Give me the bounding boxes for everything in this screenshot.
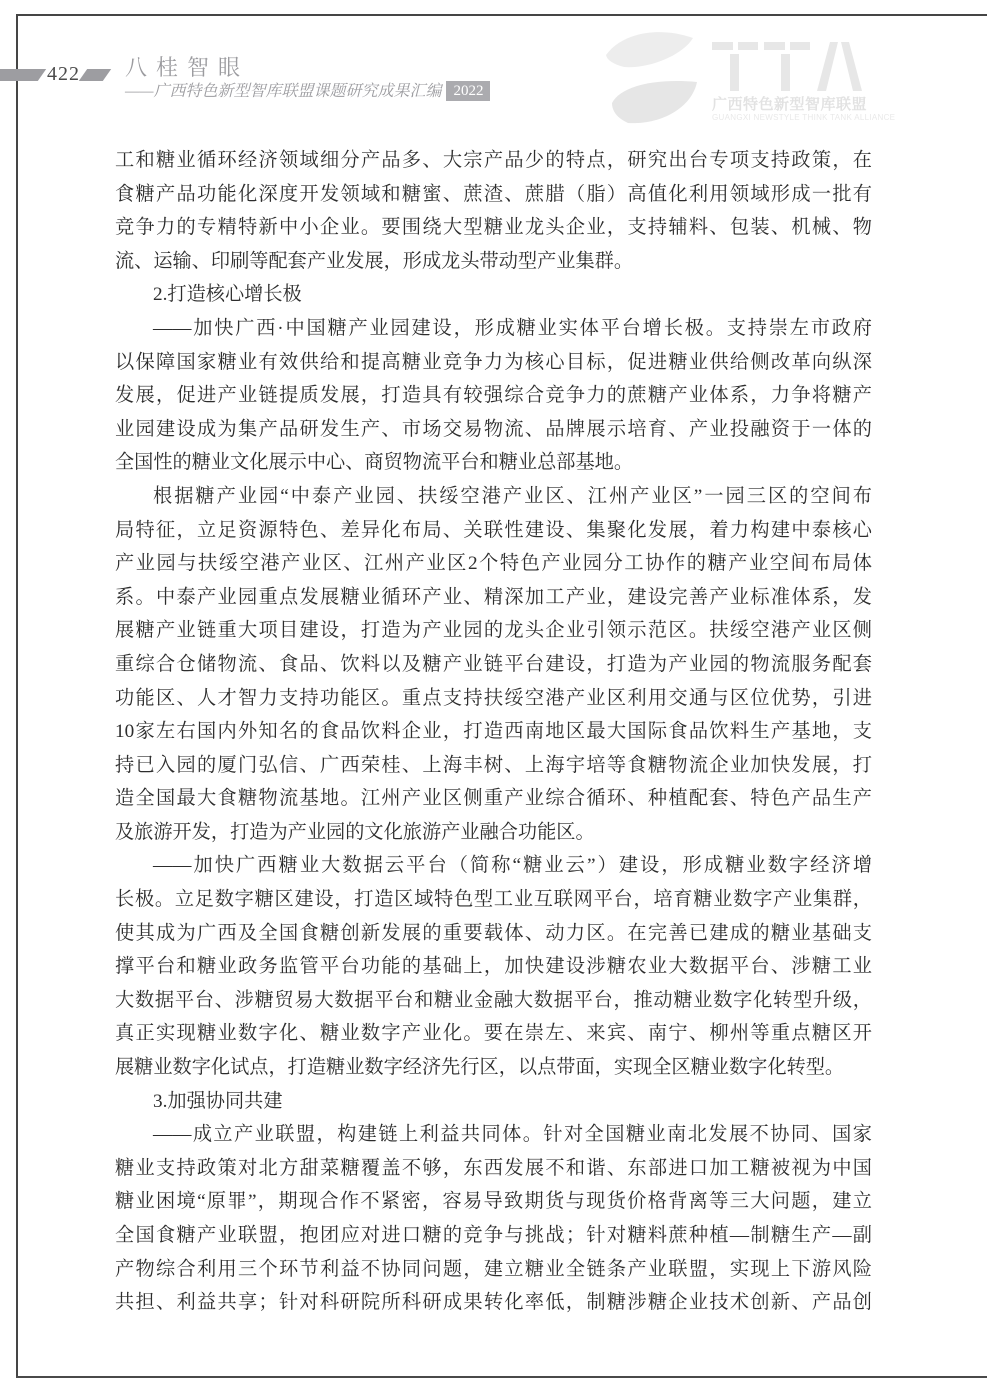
text-line: 全国性的糖业文化展示中心、商贸物流平台和糖业总部基地。	[115, 446, 872, 480]
page-text: 工和糖业循环经济领域细分产品多、大宗产品少的特点，研究出台专项支持政策，在食糖产…	[115, 144, 872, 1320]
text-line: 局特征，立足资源特色、差异化布局、关联性建设、集聚化发展，着力构建中泰核心	[115, 514, 872, 548]
text-line: 3.加强协同共建	[115, 1085, 872, 1119]
text-line: 重综合仓储物流、食品、饮料以及糖产业链平台建设，打造为产业园的物流服务配套	[115, 648, 872, 682]
page-border-bottom	[16, 1376, 987, 1378]
page-border-left	[16, 14, 18, 1378]
text-line: 撑平台和糖业政务监管平台功能的基础上，加快建设涉糖农业大数据平台、涉糖工业	[115, 950, 872, 984]
text-line: 全国食糖产业联盟，抱团应对进口糖的竞争与挑战；针对糖料蔗种植—制糖生产—副	[115, 1219, 872, 1253]
alliance-name-cn: 广西特色新型智库联盟	[712, 93, 872, 114]
text-line: ——加快广西·中国糖产业园建设，形成糖业实体平台增长极。支持崇左市政府	[115, 312, 872, 346]
text-line: 展糖业数字化试点，打造糖业数字经济先行区，以点带面，实现全区糖业数字化转型。	[115, 1051, 872, 1085]
book-subtitle-row: ——广西特色新型智库联盟课题研究成果汇编2022	[125, 78, 490, 101]
header-band-right	[79, 69, 111, 81]
text-line: 竞争力的专精特新中小企业。要围绕大型糖业龙头企业，支持辅料、包装、机械、物	[115, 211, 872, 245]
alliance-logo-watermark: 广西特色新型智库联盟 GUANGXI NEWSTYLE THINK TANK A…	[600, 25, 900, 135]
page-border-top	[16, 14, 987, 16]
book-subtitle: ——广西特色新型智库联盟课题研究成果汇编	[125, 83, 441, 100]
text-line: 以保障国家糖业有效供给和提高糖业竞争力为核心目标，促进糖业供给侧改革向纵深	[115, 346, 872, 380]
text-line: 业园建设成为集产品研发生产、市场交易物流、品牌展示培育、产业投融资于一体的	[115, 413, 872, 447]
text-line: 真正实现糖业数字化、糖业数字产业化。要在崇左、来宾、南宁、柳州等重点糖区开	[115, 1017, 872, 1051]
text-line: 共担、利益共享；针对科研院所科研成果转化率低，制糖涉糖企业技术创新、产品创	[115, 1286, 872, 1320]
text-line: 使其成为广西及全国食糖创新发展的重要载体、动力区。在完善已建成的糖业基础支	[115, 917, 872, 951]
text-line: ——成立产业联盟，构建链上利益共同体。针对全国糖业南北发展不协同、国家	[115, 1118, 872, 1152]
text-line: 10家左右国内外知名的食品饮料企业，打造西南地区最大国际食品饮料生产基地，支	[115, 715, 872, 749]
book-page: 422 八桂智眼 ——广西特色新型智库联盟课题研究成果汇编2022 广西特色新型…	[0, 0, 987, 1396]
text-line: 食糖产品功能化深度开发领域和糖蜜、蔗渣、蔗腊（脂）高值化利用领域形成一批有	[115, 178, 872, 212]
text-line: 大数据平台、涉糖贸易大数据平台和糖业金融大数据平台，推动糖业数字化转型升级，	[115, 984, 872, 1018]
text-line: 发展，促进产业链提质发展，打造具有较强综合竞争力的蔗糖产业体系，力争将糖产	[115, 379, 872, 413]
text-line: 产业园与扶绥空港产业区、江州产业区2个特色产业园分工协作的糖产业空间布局体	[115, 547, 872, 581]
text-line: 造全国最大食糖物流基地。江州产业区侧重产业综合循环、种植配套、特色产品生产	[115, 782, 872, 816]
text-line: 工和糖业循环经济领域细分产品多、大宗产品少的特点，研究出台专项支持政策，在	[115, 144, 872, 178]
page-number: 422	[47, 63, 80, 86]
text-line: 糖业支持政策对北方甜菜糖覆盖不够，东西发展不和谐、东部进口加工糖被视为中国	[115, 1152, 872, 1186]
year-badge: 2022	[446, 81, 490, 101]
text-line: 糖业困境“原罪”，期现合作不紧密，容易导致期货与现货价格背离等三大问题，建立	[115, 1185, 872, 1219]
text-line: 产物综合利用三个环节利益不协同问题，建立糖业全链条产业联盟，实现上下游风险	[115, 1253, 872, 1287]
text-line: 展糖产业链重大项目建设，打造为产业园的龙头企业引领示范区。扶绥空港产业区侧	[115, 614, 872, 648]
text-line: 流、运输、印刷等配套产业发展，形成龙头带动型产业集群。	[115, 245, 872, 279]
header-band-left	[0, 69, 46, 81]
text-line: 及旅游开发，打造为产业园的文化旅游产业融合功能区。	[115, 816, 872, 850]
text-line: ——加快广西糖业大数据云平台（简称“糖业云”）建设，形成糖业数字经济增	[115, 849, 872, 883]
text-line: 系。中泰产业园重点发展糖业循环产业、精深加工产业，建设完善产业标准体系，发	[115, 581, 872, 615]
text-line: 长极。立足数字糖区建设，打造区域特色型工业互联网平台，培育糖业数字产业集群，	[115, 883, 872, 917]
text-line: 功能区、人才智力支持功能区。重点支持扶绥空港产业区利用交通与区位优势，引进	[115, 682, 872, 716]
text-line: 根据糖产业园“中泰产业园、扶绥空港产业区、江州产业区”一园三区的空间布	[115, 480, 872, 514]
alliance-name-en: GUANGXI NEWSTYLE THINK TANK ALLIANCE	[712, 113, 895, 122]
text-line: 2.打造核心增长极	[115, 278, 872, 312]
text-line: 持已入园的厦门弘信、广西荣桂、上海丰树、上海宇培等食糖物流企业加快发展，打	[115, 749, 872, 783]
